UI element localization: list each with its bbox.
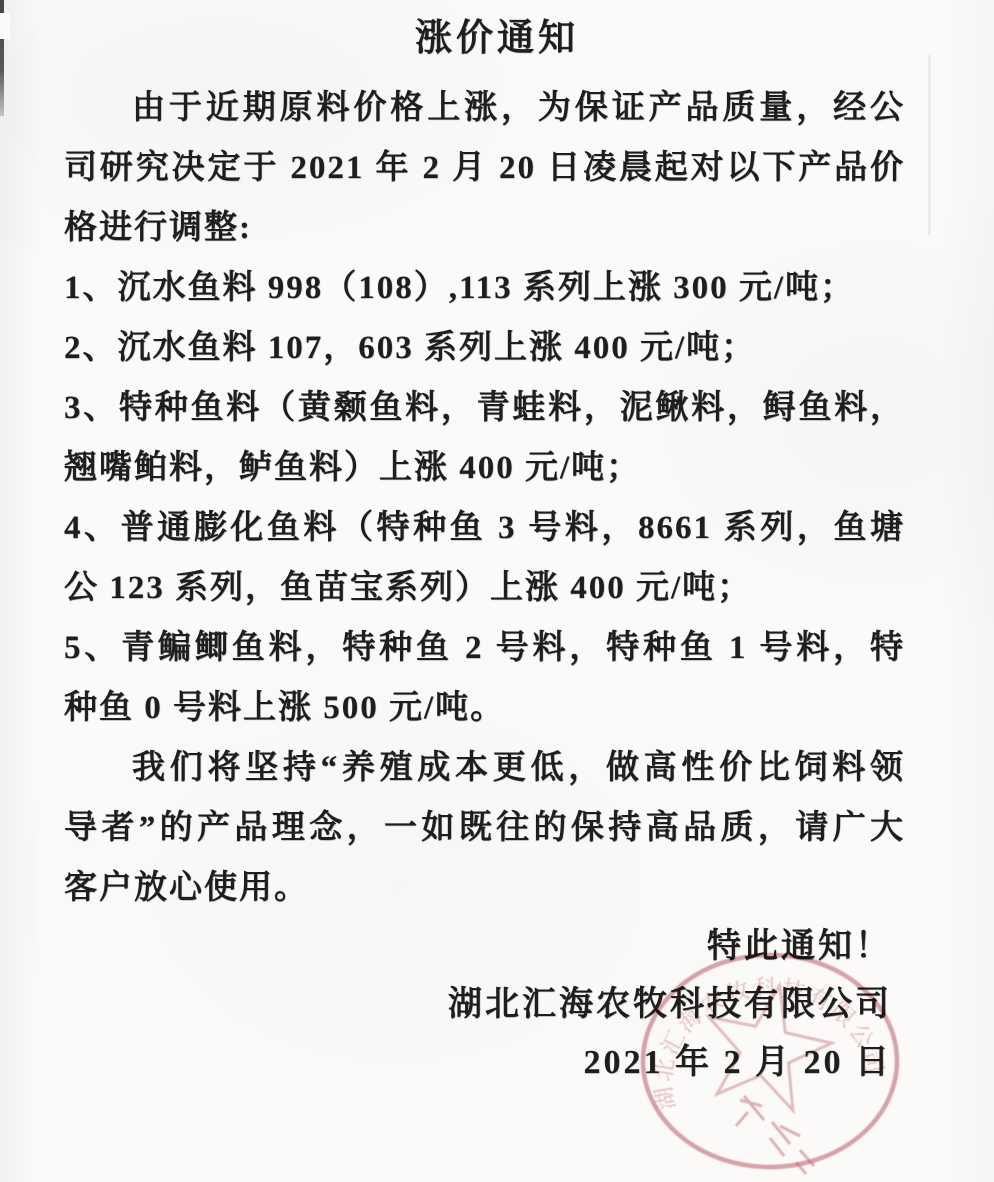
notice-line: 由于近期原料价格上涨，为保证产品质量，经公 (64, 78, 905, 138)
scan-artifact-notch (0, 13, 10, 39)
seal-ink-marks (736, 1096, 814, 1174)
notice-line: 我们将坚持“养殖成本更低，做高性价比饲料领 (64, 738, 905, 798)
notice-item-1: 1、沉水鱼料 998（108）,113 系列上涨 300 元/吨； (64, 258, 905, 318)
signoff-company: 湖北汇海农牧科技有限公司 (0, 976, 892, 1034)
notice-item-3: 3、特种鱼料（黄颡鱼料，青蛙料，泥鳅料，鲟鱼料， (64, 378, 905, 438)
notice-item-3-cont: 翘嘴鲌料，鲈鱼料）上涨 400 元/吨； (64, 438, 905, 498)
notice-document: 涨价通知 由于近期原料价格上涨，为保证产品质量，经公 司研究决定于 2021 年… (0, 0, 994, 1182)
notice-body: 由于近期原料价格上涨，为保证产品质量，经公 司研究决定于 2021 年 2 月 … (64, 78, 905, 918)
notice-line: 客户放心使用。 (64, 858, 905, 918)
notice-item-2: 2、沉水鱼料 107，603 系列上涨 400 元/吨； (64, 318, 905, 378)
notice-item-4: 4、普通膨化鱼料（特种鱼 3 号料，8661 系列，鱼塘 (64, 498, 905, 558)
notice-line: 司研究决定于 2021 年 2 月 20 日凌晨起对以下产品价 (64, 138, 905, 198)
notice-line: 导者”的产品理念，一如既往的保持高品质，请广大 (64, 798, 905, 858)
notice-title: 涨价通知 (0, 13, 994, 65)
signoff-notice: 特此通知！ (0, 918, 892, 976)
scan-artifact-right-streak (928, 55, 931, 235)
notice-item-5-cont: 种鱼 0 号料上涨 500 元/吨。 (64, 678, 905, 738)
notice-item-5: 5、青鳊鲫鱼料，特种鱼 2 号料，特种鱼 1 号料，特 (64, 618, 905, 678)
signoff-date: 2021 年 2 月 20 日 (0, 1034, 892, 1092)
notice-line: 格进行调整: (64, 198, 905, 258)
notice-item-4-cont: 公 123 系列，鱼苗宝系列）上涨 400 元/吨； (64, 558, 905, 618)
notice-signoff: 特此通知！ 湖北汇海农牧科技有限公司 2021 年 2 月 20 日 (0, 918, 892, 1092)
